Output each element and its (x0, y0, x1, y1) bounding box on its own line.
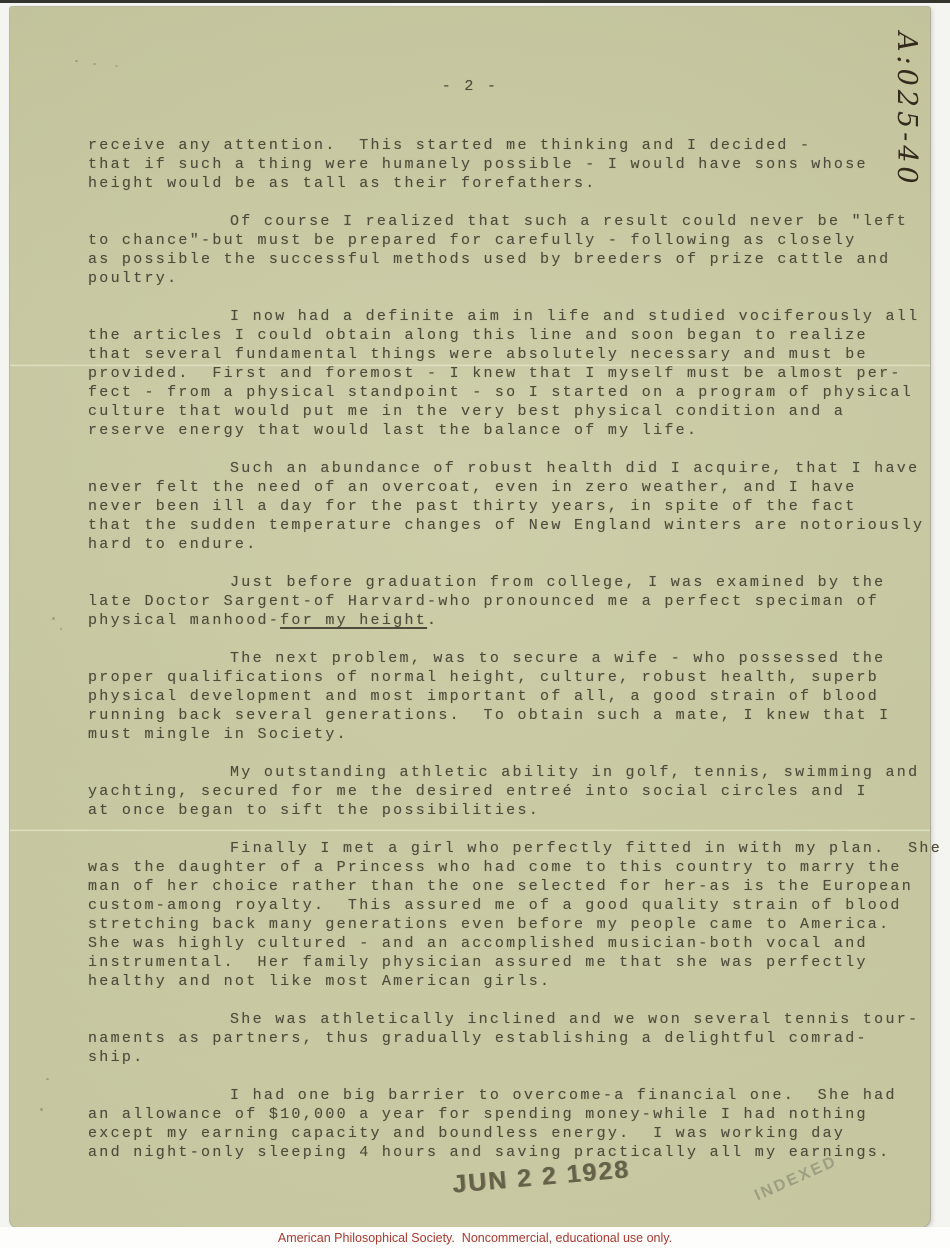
text-run: provided. First and foremost - I knew th… (88, 365, 902, 382)
text-run: never been ill a day for the past thirty… (88, 498, 857, 515)
text-run: to chance"-but must be prepared for care… (88, 232, 857, 249)
text-run: receive any attention. This started me t… (88, 137, 811, 154)
typed-line: to chance"-but must be prepared for care… (88, 231, 930, 250)
text-run: as possible the successful methods used … (88, 251, 890, 268)
text-run: I had one big barrier to overcome-a fina… (230, 1087, 897, 1104)
text-run: . (427, 612, 438, 629)
paragraph: Of course I realized that such a result … (88, 212, 930, 288)
text-run: that if such a thing were humanely possi… (88, 156, 868, 173)
typed-line: stretching back many generations even be… (88, 915, 930, 934)
text-run: ship. (88, 1049, 145, 1066)
typed-line: ship. (88, 1048, 930, 1067)
text-run: Just before graduation from college, I w… (230, 574, 885, 591)
typed-line: proper qualifications of normal height, … (88, 668, 930, 687)
paragraph: The next problem, was to secure a wife -… (88, 649, 930, 744)
typed-line: physical manhood-for my height. (88, 611, 930, 630)
typed-line: never been ill a day for the past thirty… (88, 497, 930, 516)
typed-line: poultry. (88, 269, 930, 288)
text-run: She was highly cultured - and an accompl… (88, 935, 868, 952)
letter-body: receive any attention. This started me t… (10, 136, 930, 1162)
scanner-edge (0, 0, 950, 3)
typed-line: that if such a thing were humanely possi… (88, 155, 930, 174)
text-run: an allowance of $10,000 a year for spend… (88, 1106, 868, 1123)
footer-strip: American Philosophical Society. Noncomme… (0, 1227, 950, 1248)
text-run: yachting, secured for me the desired ent… (88, 783, 868, 800)
text-run: physical manhood- (88, 612, 280, 629)
typed-line: She was highly cultured - and an accompl… (88, 934, 930, 953)
attribution-footer: American Philosophical Society. Noncomme… (278, 1231, 672, 1245)
text-run: stretching back many generations even be… (88, 916, 890, 933)
typed-line: Such an abundance of robust health did I… (88, 459, 930, 478)
typed-line: She was athletically inclined and we won… (88, 1010, 930, 1029)
typed-line: except my earning capacity and boundless… (88, 1124, 930, 1143)
typed-line: that several fundamental things were abs… (88, 345, 930, 364)
typed-line: My outstanding athletic ability in golf,… (88, 763, 930, 782)
pencil-mark (75, 60, 78, 62)
typed-line: as possible the successful methods used … (88, 250, 930, 269)
text-run: that several fundamental things were abs… (88, 346, 868, 363)
typed-line: man of her choice rather than the one se… (88, 877, 930, 896)
pencil-mark (40, 1108, 43, 1111)
archival-code-annotation: A:025-40 (888, 32, 922, 332)
pencil-mark (60, 628, 62, 630)
text-run: My outstanding athletic ability in golf,… (230, 764, 919, 781)
text-run: culture that would put me in the very be… (88, 403, 845, 420)
paragraph: Finally I met a girl who perfectly fitte… (88, 839, 930, 991)
typed-line: reserve energy that would last the balan… (88, 421, 930, 440)
text-run: was the daughter of a Princess who had c… (88, 859, 902, 876)
typed-line: fect - from a physical standpoint - so I… (88, 383, 930, 402)
text-run: running back several generations. To obt… (88, 707, 890, 724)
typed-line: culture that would put me in the very be… (88, 402, 930, 421)
pencil-mark (52, 617, 55, 620)
typed-line: running back several generations. To obt… (88, 706, 930, 725)
pencil-mark (46, 1078, 49, 1080)
text-run: never felt the need of an overcoat, even… (88, 479, 857, 496)
typed-line: yachting, secured for me the desired ent… (88, 782, 930, 801)
paragraph: I had one big barrier to overcome-a fina… (88, 1086, 930, 1162)
text-run: must mingle in Society. (88, 726, 348, 743)
text-run: custom-among royalty. This assured me of… (88, 897, 902, 914)
text-run: Such an abundance of robust health did I… (230, 460, 919, 477)
paragraph: I now had a definite aim in life and stu… (88, 307, 930, 440)
text-run: physical development and most important … (88, 688, 879, 705)
paragraph: receive any attention. This started me t… (88, 136, 930, 193)
typed-line: naments as partners, thus gradually esta… (88, 1029, 930, 1048)
underlined-phrase: for my height (280, 612, 427, 629)
text-run: and night-only sleeping 4 hours and savi… (88, 1144, 890, 1161)
typed-line: late Doctor Sargent-of Harvard-who prono… (88, 592, 930, 611)
typed-line: must mingle in Society. (88, 725, 930, 744)
text-run: man of her choice rather than the one se… (88, 878, 913, 895)
text-run: the articles I could obtain along this l… (88, 327, 868, 344)
paragraph: Just before graduation from college, I w… (88, 573, 930, 630)
typed-line: physical development and most important … (88, 687, 930, 706)
typed-line: instrumental. Her family physician assur… (88, 953, 930, 972)
typed-line: custom-among royalty. This assured me of… (88, 896, 930, 915)
text-run: healthy and not like most American girls… (88, 973, 551, 990)
text-run: naments as partners, thus gradually esta… (88, 1030, 868, 1047)
text-run: hard to endure. (88, 536, 258, 553)
typed-line: The next problem, was to secure a wife -… (88, 649, 930, 668)
typed-line: Of course I realized that such a result … (88, 212, 930, 231)
text-run: height would be as tall as their forefat… (88, 175, 597, 192)
paper-fold-crease (10, 829, 930, 832)
typed-line: I now had a definite aim in life and stu… (88, 307, 930, 326)
text-run: She was athletically inclined and we won… (230, 1011, 919, 1028)
typed-line: I had one big barrier to overcome-a fina… (88, 1086, 930, 1105)
typed-line: Just before graduation from college, I w… (88, 573, 930, 592)
typed-line: healthy and not like most American girls… (88, 972, 930, 991)
typed-line: was the daughter of a Princess who had c… (88, 858, 930, 877)
text-run: I now had a definite aim in life and stu… (230, 308, 919, 325)
text-run: The next problem, was to secure a wife -… (230, 650, 885, 667)
typed-line: Finally I met a girl who perfectly fitte… (88, 839, 930, 858)
text-run: Of course I realized that such a result … (230, 213, 908, 230)
page-number: - 2 - (10, 7, 930, 96)
typed-line: hard to endure. (88, 535, 930, 554)
text-run: that the sudden temperature changes of N… (88, 517, 924, 534)
typed-line: that the sudden temperature changes of N… (88, 516, 930, 535)
typed-line: receive any attention. This started me t… (88, 136, 930, 155)
typed-line: never felt the need of an overcoat, even… (88, 478, 930, 497)
text-run: proper qualifications of normal height, … (88, 669, 879, 686)
typed-line: and night-only sleeping 4 hours and savi… (88, 1143, 930, 1162)
typed-line: the articles I could obtain along this l… (88, 326, 930, 345)
text-run: at once began to sift the possibilities. (88, 802, 540, 819)
text-run: instrumental. Her family physician assur… (88, 954, 868, 971)
paragraph: My outstanding athletic ability in golf,… (88, 763, 930, 820)
typed-line: at once began to sift the possibilities. (88, 801, 930, 820)
text-run: late Doctor Sargent-of Harvard-who prono… (88, 593, 879, 610)
text-run: except my earning capacity and boundless… (88, 1125, 845, 1142)
paragraph: Such an abundance of robust health did I… (88, 459, 930, 554)
text-run: fect - from a physical standpoint - so I… (88, 384, 913, 401)
text-run: poultry. (88, 270, 178, 287)
text-run: Finally I met a girl who perfectly fitte… (230, 840, 942, 857)
letter-page: - 2 - receive any attention. This starte… (10, 7, 930, 1227)
paper-fold-crease (10, 364, 930, 367)
text-run: reserve energy that would last the balan… (88, 422, 698, 439)
paragraph: She was athletically inclined and we won… (88, 1010, 930, 1067)
typed-line: height would be as tall as their forefat… (88, 174, 930, 193)
typed-line: an allowance of $10,000 a year for spend… (88, 1105, 930, 1124)
